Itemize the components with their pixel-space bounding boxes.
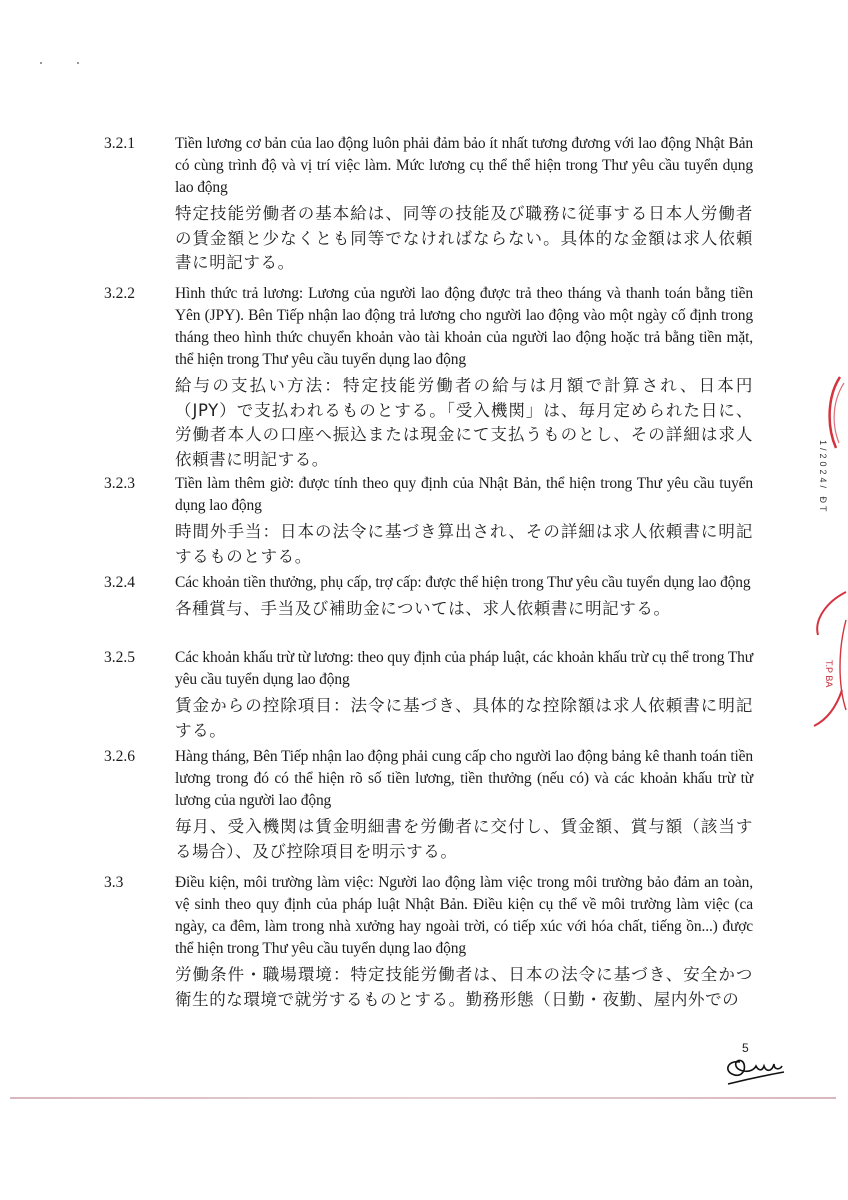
svg-text:T.P BA: T.P BA <box>824 660 834 687</box>
vietnamese-text: Điều kiện, môi trường làm việc: Người la… <box>175 872 753 960</box>
japanese-text: 給与の支払い方法：特定技能労働者の給与は月額で計算され、日本円（JPY）で支払わ… <box>175 374 753 472</box>
japanese-text: 賃金からの控除項目：法令に基づき、具体的な控除額は求人依頼書に明記する。 <box>175 694 753 743</box>
document-page: 3.2.1 Tiền lương cơ bản của lao động luô… <box>0 0 848 1200</box>
vietnamese-text: Các khoản tiền thưởng, phụ cấp, trợ cấp:… <box>175 572 753 594</box>
section-number: 3.2.5 <box>104 647 135 669</box>
vietnamese-text: Hình thức trả lương: Lương của người lao… <box>175 283 753 371</box>
scan-speck <box>40 62 42 64</box>
section-number: 3.2.6 <box>104 746 135 768</box>
red-stamp-arc-top <box>820 375 848 450</box>
japanese-text: 毎月、受入機関は賃金明細書を労働者に交付し、賃金額、賞与額（該当する場合）、及び… <box>175 815 753 864</box>
japanese-text: 労働条件・職場環境：特定技能労働者は、日本の法令に基づき、安全かつ衛生的な環境で… <box>175 963 753 1012</box>
vietnamese-text: Hàng tháng, Bên Tiếp nhận lao động phải … <box>175 746 753 812</box>
vietnamese-text: Tiền làm thêm giờ: được tính theo quy đị… <box>175 473 753 517</box>
section-number: 3.2.4 <box>104 572 135 594</box>
section-number: 3.2.1 <box>104 133 135 155</box>
footer-divider <box>10 1097 836 1099</box>
vietnamese-text: Tiền lương cơ bản của lao động luôn phải… <box>175 133 753 199</box>
japanese-text: 各種賞与、手当及び補助金については、求人依頼書に明記する。 <box>175 597 753 622</box>
japanese-text: 特定技能労働者の基本給は、同等の技能及び職務に従事する日本人労働者の賃金額と少な… <box>175 202 753 276</box>
red-stamp-arc-bottom: T.P BA <box>808 590 848 730</box>
vietnamese-text: Các khoản khấu trừ từ lương: theo quy đị… <box>175 647 753 691</box>
signature-icon <box>722 1052 792 1088</box>
margin-handwritten-annotation: 1/2024/ ĐT <box>808 440 828 600</box>
scan-speck <box>77 62 79 64</box>
section-number: 3.2.2 <box>104 283 135 305</box>
section-number: 3.2.3 <box>104 473 135 495</box>
section-number: 3.3 <box>104 872 123 894</box>
japanese-text: 時間外手当：日本の法令に基づき算出され、その詳細は求人依頼書に明記するものとする… <box>175 520 753 569</box>
